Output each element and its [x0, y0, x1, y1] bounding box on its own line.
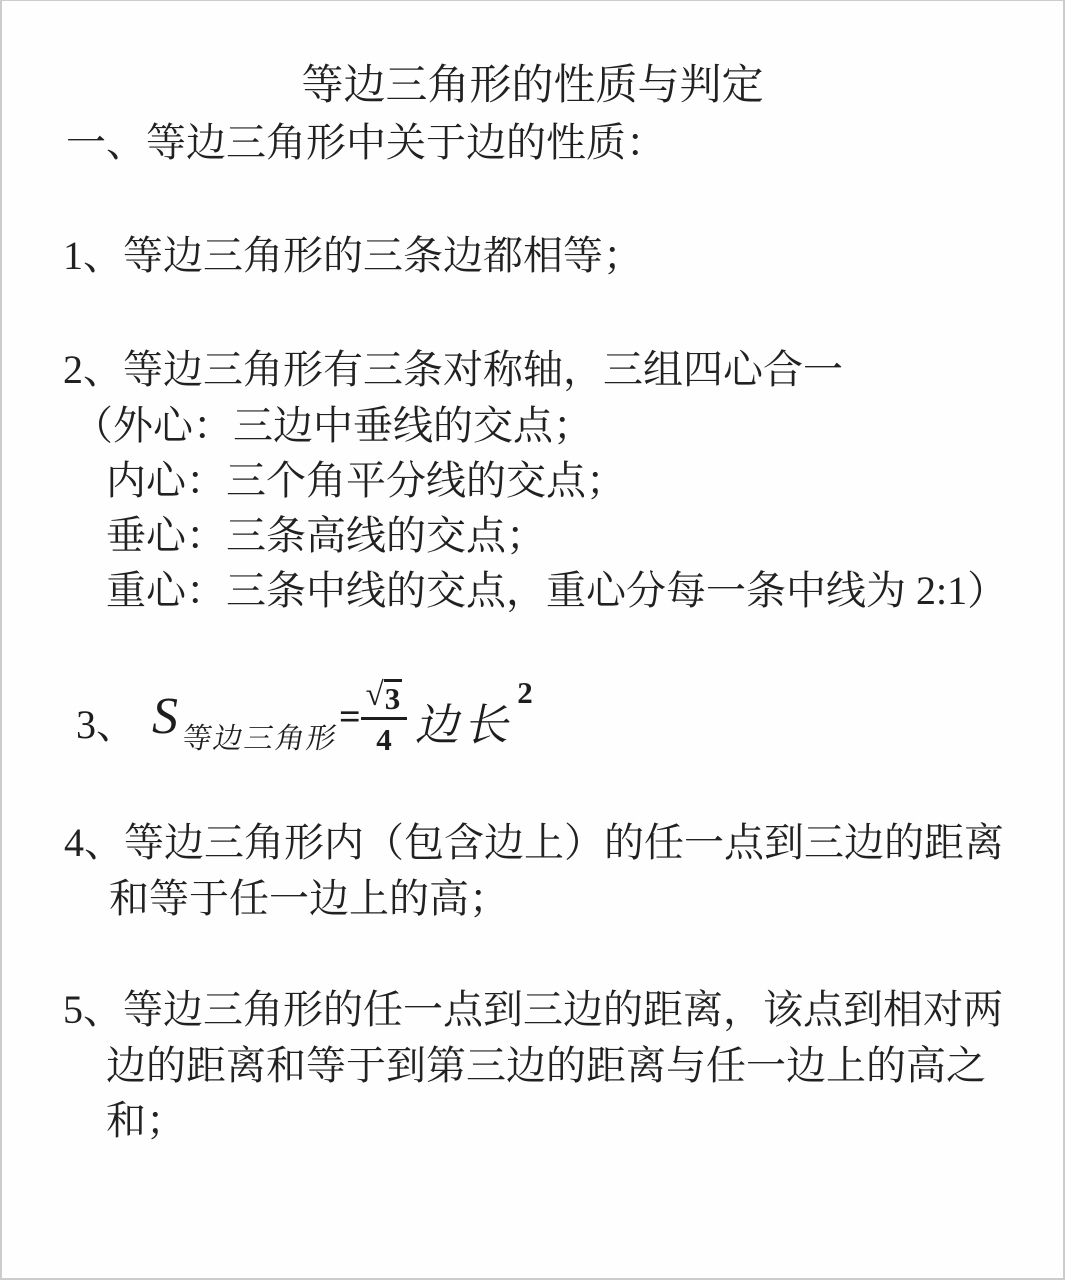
document-page: 等边三角形的性质与判定 一、等边三角形中关于边的性质： 1、等边三角形的三条边都… [0, 0, 1065, 1280]
section-heading: 一、等边三角形中关于边的性质： [66, 121, 666, 165]
page-title: 等边三角形的性质与判定 [2, 63, 1063, 109]
item-3-area-formula: 3、 S 等边三角形 = √ 3 4 边长 2 [76, 671, 533, 771]
formula-subscript: 等边三角形 [179, 716, 341, 757]
item-1-text: 1、等边三角形的三条边都相等； [63, 234, 643, 278]
radical-sign: √ [366, 679, 384, 712]
item-4-text-line-1: 4、等边三角形内（包含边上）的任一点到三边的距离 [64, 821, 1004, 865]
item-5-text-line-2: 边的距离和等于到第三边的距离与任一边上的高之 [106, 1044, 986, 1088]
formula-numerator: √ 3 [361, 679, 408, 717]
formula-exponent: 2 [517, 675, 533, 711]
formula-denominator: 4 [361, 717, 408, 755]
formula-operand: 边长 [412, 689, 524, 753]
item-2-sub-orthocenter: 垂心：三条高线的交点； [106, 514, 546, 558]
item-5-text-line-3: 和； [106, 1099, 186, 1143]
item-2-text-line-1: 2、等边三角形有三条对称轴，三组四心合一 [63, 348, 843, 392]
item-4-text-line-2: 和等于任一边上的高； [109, 877, 509, 921]
item-2-sub-centroid: 重心：三条中线的交点，重心分每一条中线为 2:1） [106, 569, 1007, 613]
item-2-sub-circumcenter: （外心：三边中垂线的交点； [73, 404, 593, 448]
radicand: 3 [384, 679, 403, 714]
formula-fraction: √ 3 4 [361, 679, 408, 755]
formula-equals-sign: = [339, 695, 361, 739]
formula-area-symbol: S [152, 687, 178, 746]
item-2-sub-incenter: 内心：三个角平分线的交点； [106, 459, 626, 503]
formula-item-number: 3、 [76, 693, 136, 750]
item-5-text-line-1: 5、等边三角形的任一点到三边的距离，该点到相对两 [63, 988, 1003, 1032]
